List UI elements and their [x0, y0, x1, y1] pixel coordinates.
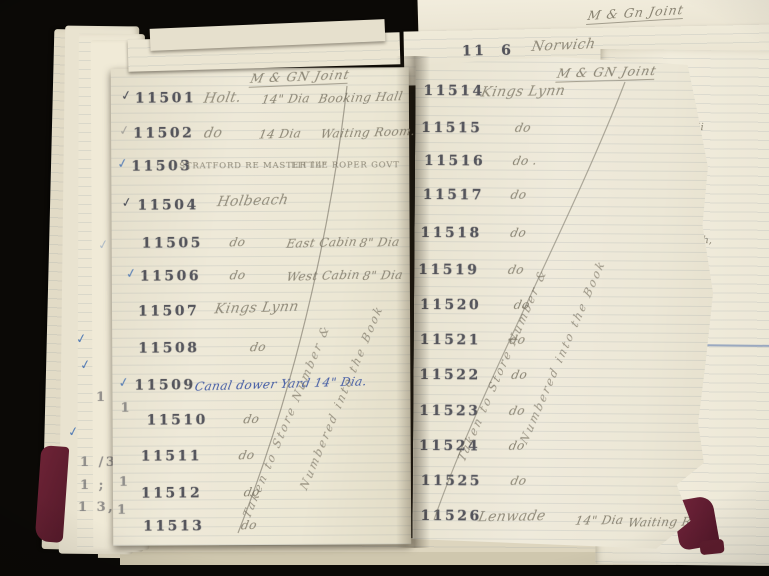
entry-detail: 14" Dia: [574, 513, 625, 528]
ledger-row: 11517 do: [415, 187, 717, 211]
entry-name: do: [509, 226, 528, 240]
entry-name: do: [237, 448, 255, 463]
entry-number: 11509: [134, 377, 195, 393]
ledger-row: 11514 Kings Lynn: [415, 83, 717, 107]
entry-name: do: [249, 340, 267, 355]
entry-number: 11525: [421, 473, 482, 489]
entry-name: do: [242, 412, 260, 427]
page-header: M & Gn Joint: [586, 2, 685, 25]
checkmark-icon: ✓: [97, 237, 110, 254]
entry-name: do: [203, 125, 224, 142]
ledger-row: ✓ 11504 Holbeach: [111, 196, 409, 220]
book-cover-corner: [699, 539, 724, 555]
entry-name: do: [507, 263, 526, 277]
ledger-row: 11518 do: [414, 225, 716, 249]
entry-detail: 8" Dia: [358, 235, 401, 250]
right-page: M & GN Joint 11514 Kings Lynn 11515 do 1…: [412, 53, 717, 549]
ledger-row: 11523 do: [413, 403, 715, 427]
stamp-fragment: 1 ;: [80, 478, 106, 493]
entry-name: do .: [512, 153, 539, 167]
ledger-row: ✓ 11501 Holt. 14" Dia Booking Hall: [111, 89, 409, 113]
entry-name: Kings Lynn: [213, 299, 300, 318]
entry-number: 11519: [418, 262, 479, 278]
page-header: M & GN Joint: [555, 63, 658, 83]
entry-number: 11518: [420, 225, 481, 241]
entry-detail: Waiting Room.: [320, 124, 417, 141]
entry-name: Norwich: [530, 36, 596, 55]
entry-name: Holt.: [202, 90, 242, 107]
entry-number: 11520: [420, 297, 481, 313]
stamp-fragment: 1: [117, 503, 129, 518]
entry-name: Holbeach: [216, 192, 290, 210]
entry-number: 11508: [138, 340, 199, 356]
entry-number: 11517: [423, 187, 484, 203]
entry-name: do: [229, 268, 247, 283]
entry-number: 11501: [135, 90, 196, 106]
entry-number: 11505: [142, 235, 203, 251]
page-header: M & GN Joint: [249, 67, 352, 88]
ledger-row: 11510 do: [113, 411, 411, 435]
checkmark-icon: ✓: [118, 123, 131, 140]
checkmark-icon: ✓: [67, 424, 80, 441]
checkmark-icon: ✓: [120, 88, 133, 105]
entry-detail: West Cabin: [285, 268, 361, 284]
entry-name: do: [510, 368, 529, 382]
entry-number: 11516: [424, 153, 485, 169]
checkmark-icon: ✓: [79, 357, 92, 374]
entry-name: do: [508, 404, 527, 418]
entry-detail: East Cabin: [285, 235, 358, 251]
entry-number: 11514: [423, 83, 484, 99]
stamp-fragment: 1 /3: [80, 455, 117, 470]
ledger-row: ✓ 11502 do 14 Dia Waiting Room.: [111, 124, 409, 148]
entry-number: 11 6: [462, 42, 514, 59]
ledger-row: ✓ 11506 do West Cabin 8" Dia: [112, 267, 410, 291]
checkmark-icon: ✓: [116, 156, 129, 173]
entry-detail: 14 Dia: [258, 126, 303, 141]
entry-detail: 14" Dia: [261, 91, 312, 107]
entry-number: 11511: [141, 448, 202, 464]
entry-number: 11512: [141, 485, 202, 501]
entry-name: do: [509, 474, 528, 488]
entry-number: 11513: [143, 518, 204, 534]
ledger-row: 11525 do: [413, 473, 715, 497]
entry-number: 11504: [137, 197, 198, 213]
entry-name: do: [240, 518, 258, 533]
entry-number: 11506: [140, 268, 201, 284]
checkmark-icon: ✓: [117, 375, 130, 392]
ledger-row: 11526 Lenwade 14" Dia Waiting Room.: [412, 508, 714, 532]
left-page: M & GN Joint ✓ 11501 Holt. 14" Dia Booki…: [111, 67, 411, 546]
entry-number: 11515: [421, 120, 482, 136]
ledger-row: 11519 do: [414, 262, 716, 286]
entry-detail: 8" Dia: [361, 268, 404, 283]
entry-name: do: [514, 121, 533, 135]
ledger-row: 11522 do: [413, 367, 715, 391]
checkmark-icon: ✓: [75, 331, 88, 348]
ledger-row: 11505 do East Cabin 8" Dia: [112, 234, 410, 258]
checkmark-icon: ✓: [120, 195, 133, 212]
ledger-row: 11520 do: [414, 297, 716, 321]
entry-name: do: [509, 188, 528, 202]
ledger-row: ✓ 11509 Canal dower Yard 14" Dia.: [112, 376, 410, 400]
entry-name: do: [228, 235, 246, 250]
entry-name: Kings Lynn: [480, 83, 567, 101]
entry-detail: Booking Hall: [317, 89, 404, 106]
ledger-photo: ✓ ✓ ✓ 1 ✓ 1 /3 1 ; 1 3, M & Gn Joint 11 …: [0, 0, 769, 576]
checkmark-icon: ✓: [125, 266, 138, 283]
diagonal-note: Taken to Store Number &: [455, 265, 550, 464]
entry-detail: Little Roper Govt: [291, 160, 400, 171]
entry-number: 11526: [420, 508, 481, 524]
entry-number: 11510: [147, 412, 208, 428]
ledger-row: ✓ 11503 Stratford Re Master 14" Little R…: [111, 157, 409, 181]
ledger-row: 11516 do .: [415, 153, 717, 177]
ledger-row: 11513 do: [113, 517, 411, 541]
page-edge: [120, 552, 676, 565]
stamp-fragment: 1: [96, 390, 108, 405]
entry-number: 11502: [133, 125, 194, 141]
entry-number: 11522: [419, 367, 480, 383]
stamp-fragment: 1: [120, 401, 132, 416]
entry-number: 11507: [138, 303, 199, 319]
stamp-fragment: 1 3,: [78, 500, 115, 515]
entry-number: 11521: [420, 332, 481, 348]
ledger-row: 11515 do: [415, 120, 717, 144]
stamp-fragment: 1: [119, 475, 131, 490]
entry-name: Lenwade: [477, 508, 547, 525]
